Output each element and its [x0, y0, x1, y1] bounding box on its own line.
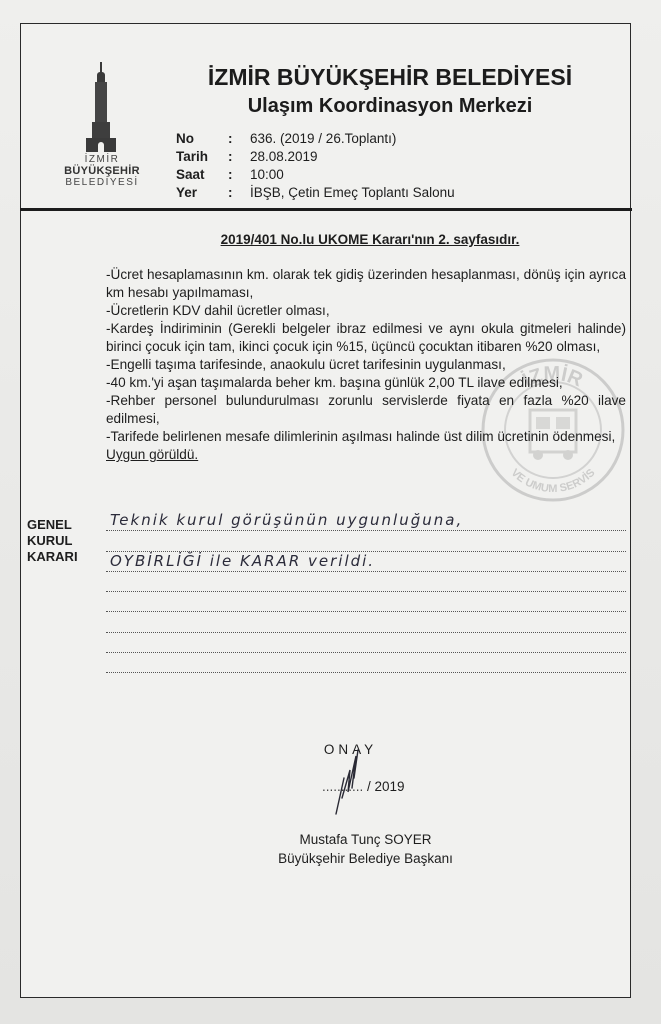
organization-title: İZMİR BÜYÜKŞEHİR BELEDİYESİ: [195, 64, 585, 91]
label-line: GENEL: [27, 517, 78, 533]
general-assembly-decision-lines: Teknik kurul görüşünün uygunluğuna, OYBİ…: [106, 511, 626, 673]
dotted-line: [106, 633, 626, 653]
svg-text:VE UMUM SERVİS: VE UMUM SERVİS: [509, 467, 598, 495]
label-line: KURUL: [27, 533, 78, 549]
decision-clause: -Ücret hesaplamasının km. olarak tek gid…: [106, 266, 626, 302]
label-line: KARARI: [27, 549, 78, 565]
general-assembly-label: GENEL KURUL KARARI: [27, 517, 78, 565]
date-year: / 2019: [367, 779, 405, 794]
dotted-line: Teknik kurul görüşünün uygunluğuna,: [106, 511, 626, 531]
handwritten-text: Teknik kurul görüşünün uygunluğuna,: [110, 511, 463, 529]
logo-text-buyuksehir: BÜYÜKŞEHİR: [52, 165, 152, 177]
dotted-line: OYBİRLİĞİ ile KARAR verildi.: [106, 552, 626, 572]
meta-value: 28.08.2019: [250, 148, 318, 166]
meta-label: Yer: [176, 184, 228, 202]
dotted-line: [106, 572, 626, 592]
approval-heading: ONAY: [0, 742, 661, 757]
decision-clause: -Tarifede belirlenen mesafe dilimlerinin…: [106, 428, 626, 446]
clock-tower-icon: [82, 62, 122, 157]
dotted-line: [106, 653, 626, 673]
meta-row-no: No : 636. (2019 / 26.Toplantı): [176, 130, 455, 148]
decision-clause: -Rehber personel bulundurulması zorunlu …: [106, 392, 626, 428]
logo-text-belediyesi: BELEDİYESİ: [52, 177, 152, 188]
dotted-line: [106, 592, 626, 612]
meta-row-time: Saat : 10:00: [176, 166, 455, 184]
header-divider: [20, 208, 632, 211]
decision-clause: -Engelli taşıma tarifesinde, anaokulu üc…: [106, 356, 626, 374]
meeting-info: No : 636. (2019 / 26.Toplantı) Tarih : 2…: [176, 130, 455, 202]
meta-colon: :: [228, 130, 250, 148]
meta-label: Saat: [176, 166, 228, 184]
decision-body: -Ücret hesaplamasının km. olarak tek gid…: [106, 266, 626, 464]
meta-colon: :: [228, 184, 250, 202]
organization-subtitle: Ulaşım Koordinasyon Merkezi: [195, 94, 585, 118]
meta-colon: :: [228, 166, 250, 184]
meta-label: No: [176, 130, 228, 148]
meta-colon: :: [228, 148, 250, 166]
meta-value: 636. (2019 / 26.Toplantı): [250, 130, 396, 148]
dotted-line: [106, 612, 626, 632]
handwritten-text: OYBİRLİĞİ ile KARAR verildi.: [110, 552, 375, 570]
decision-clause: -Ücretlerin KDV dahil ücretler olması,: [106, 302, 626, 320]
decision-clause: -40 km.'yi aşan taşımalarda beher km. ba…: [106, 374, 626, 392]
dotted-line: [106, 531, 626, 551]
municipality-logo: İZMİR BÜYÜKŞEHİR BELEDİYESİ: [52, 62, 152, 188]
meta-label: Tarih: [176, 148, 228, 166]
approved-note: Uygun görüldü.: [106, 447, 198, 462]
meta-row-place: Yer : İBŞB, Çetin Emeç Toplantı Salonu: [176, 184, 455, 202]
signatory-name: Mustafa Tunç SOYER: [0, 832, 661, 847]
meta-row-date: Tarih : 28.08.2019: [176, 148, 455, 166]
meta-value: İBŞB, Çetin Emeç Toplantı Salonu: [250, 184, 455, 202]
meta-value: 10:00: [250, 166, 284, 184]
signatory-title: Büyükşehir Belediye Başkanı: [0, 851, 661, 866]
signature-icon: [332, 748, 362, 818]
decision-clause: -Kardeş İndiriminin (Gerekli belgeler ib…: [106, 320, 626, 356]
decision-page-title: 2019/401 No.lu UKOME Kararı'nın 2. sayfa…: [110, 232, 630, 247]
